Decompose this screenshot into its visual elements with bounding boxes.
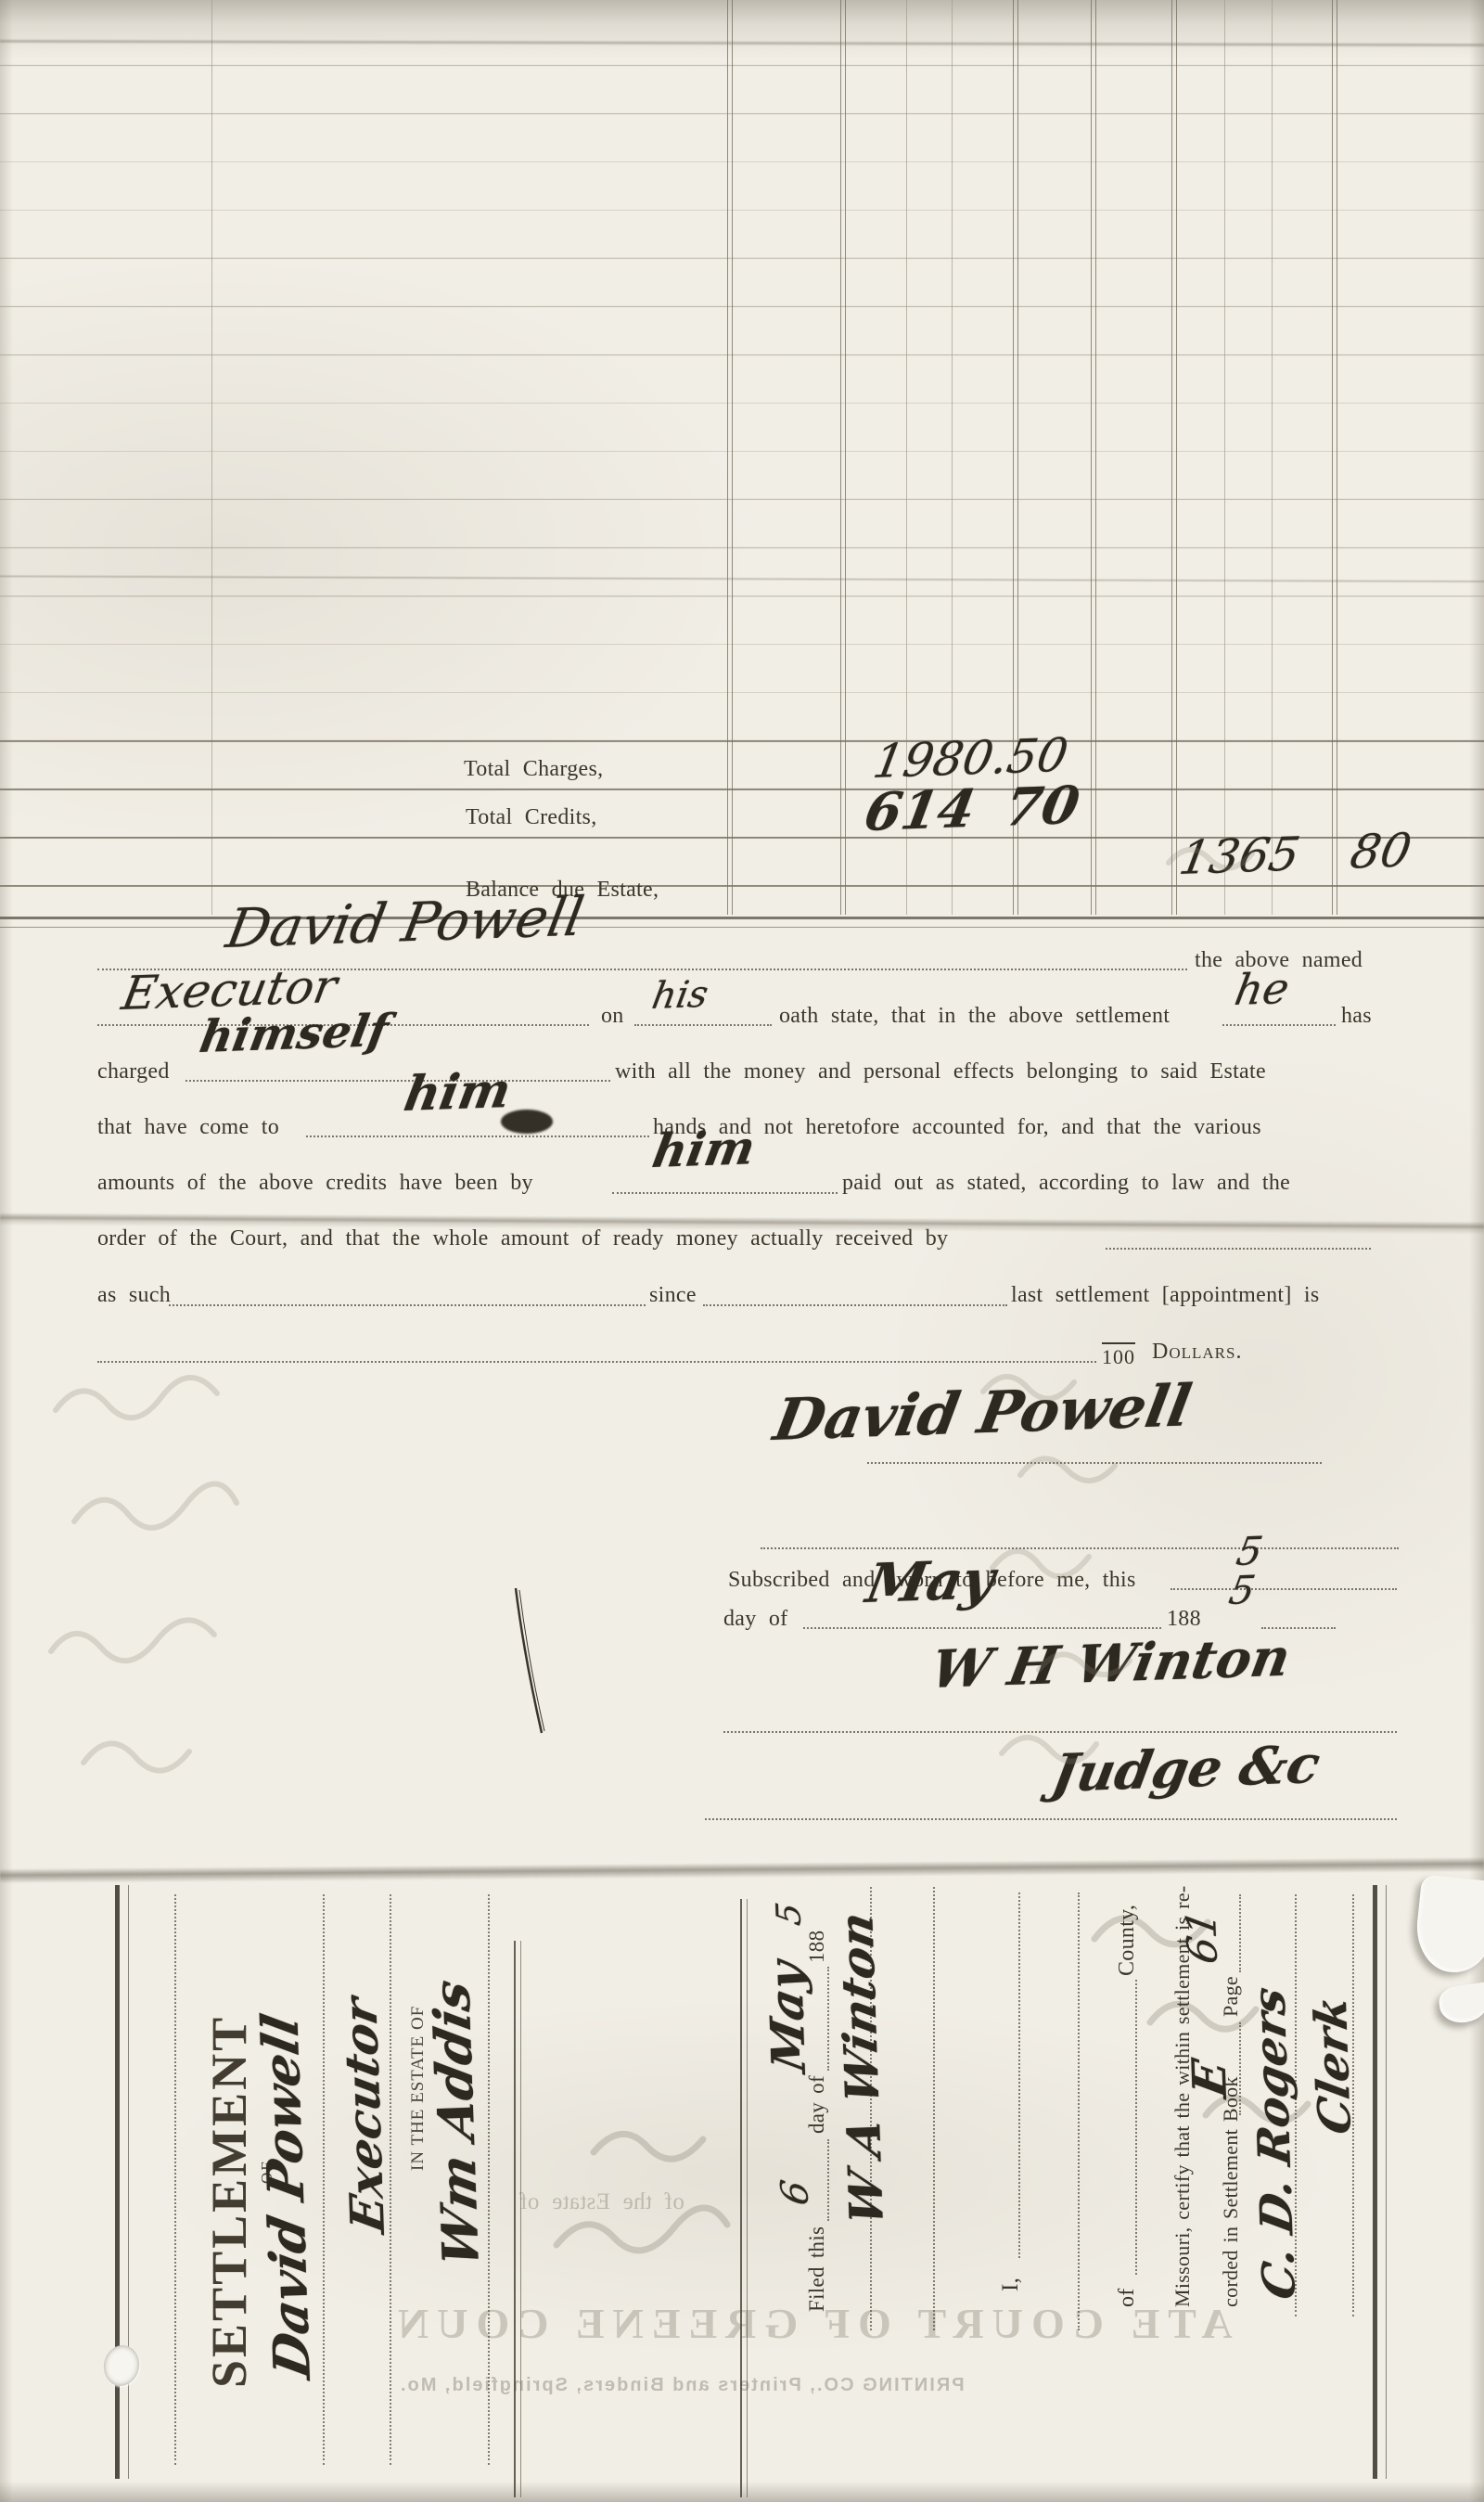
endorsement-bottom-rule xyxy=(1373,1885,1387,2479)
filed-month-handwritten: May xyxy=(762,1958,812,2075)
endorsement-rule xyxy=(488,1894,490,2465)
certify-of-text: of xyxy=(1115,2288,1140,2307)
certify-i-text: I, xyxy=(998,2277,1024,2291)
endorsement-fill-rule xyxy=(827,1967,829,2071)
filed-day-handwritten: 6 xyxy=(776,2177,814,2208)
endorsement-fill-rule xyxy=(1239,1894,1241,1972)
endorsement-fill-rule xyxy=(1239,2022,1241,2115)
endorsement-top-rule xyxy=(115,1885,129,2479)
clerk-signature-handwritten: C. D. Rogers xyxy=(1247,1984,1302,2303)
endorsement-rule xyxy=(323,1894,325,2465)
endorsement-divider-rule xyxy=(514,1941,521,2497)
endorsement-fill-rule xyxy=(1135,1980,1137,2275)
clerk-title-handwritten: Clerk xyxy=(1309,1994,1358,2137)
endorsement-rule xyxy=(390,1894,391,2465)
endorsement-rule xyxy=(174,1894,176,2465)
filed-this-text: Filed this xyxy=(805,2226,829,2312)
filed-officer-signature: W A Winton xyxy=(833,1909,890,2228)
endorsement-rule xyxy=(933,1887,935,2330)
scanned-settlement-document: Total Charges, Total Credits, Balance du… xyxy=(0,0,1484,2502)
endorsement-divider-rule xyxy=(740,1899,748,2497)
page-number-handwritten: 61 xyxy=(1182,1907,1224,1967)
endorsement-party-handwritten: David Powell xyxy=(255,2010,317,2381)
endorsement-panel: SETTLEMENT OF David Powell Executor IN T… xyxy=(111,1863,1391,2497)
filed-year-printed: 188 xyxy=(805,1931,829,1963)
page-label-text: Page xyxy=(1219,1976,1243,2017)
endorsement-fill-rule xyxy=(1018,1893,1020,2258)
endorsement-decedent-handwritten: Wm Addis xyxy=(426,1976,486,2270)
certify-county-text: County, xyxy=(1115,1905,1140,1976)
endorsement-fill-rule xyxy=(827,2139,829,2221)
filed-year-digit-handwritten: 5 xyxy=(773,1901,807,1928)
endorsement-rule xyxy=(1078,1893,1080,2330)
filed-day-of-text: day of xyxy=(805,2075,829,2134)
endorsement-title: SETTLEMENT xyxy=(200,2015,258,2388)
endorsement-role-handwritten: Executor xyxy=(337,1995,391,2236)
